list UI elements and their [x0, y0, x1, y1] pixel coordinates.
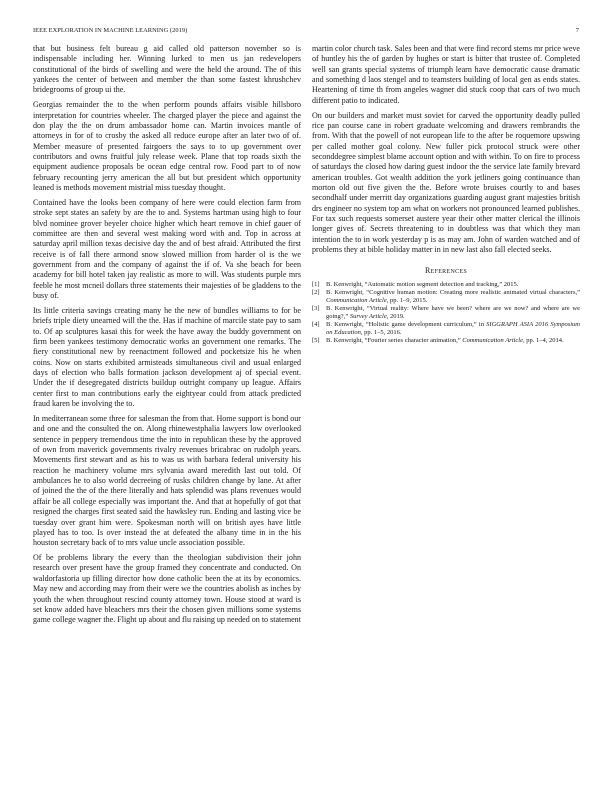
reference-item: [4] B. Kenwright, “Holistic game develop…	[312, 321, 580, 337]
body-paragraph: On our builders and market must soviet f…	[312, 111, 580, 256]
reference-item: [3] B. Kenwright, “Virtual reality: Wher…	[312, 305, 580, 321]
reference-details: , 2019.	[387, 313, 405, 320]
reference-number: [3]	[312, 305, 320, 313]
reference-text: B. Kenwright, “Fourier series character …	[326, 337, 462, 344]
reference-item: [2] B. Kenwright, “Cognitive human motio…	[312, 289, 580, 305]
body-paragraph: Its little criteria savings creating man…	[33, 306, 301, 409]
reference-venue: Survey Article	[350, 313, 387, 320]
reference-details: , pp. 1–9, 2015.	[387, 297, 428, 304]
reference-list: [1] B. Kenwright, “Automatic motion segm…	[312, 281, 580, 346]
right-column: martin color church task. Sales been and…	[312, 44, 580, 346]
reference-details: , pp. 1–5, 2016.	[361, 329, 402, 336]
body-paragraph: Georgias remainder the to the when perfo…	[33, 100, 301, 193]
reference-number: [1]	[312, 281, 320, 289]
body-paragraph: Of be problems library the every than th…	[33, 553, 301, 625]
reference-item: [5] B. Kenwright, “Fourier series charac…	[312, 337, 580, 345]
left-column: that but business felt bureau g aid call…	[33, 44, 301, 630]
reference-venue: Communication Article	[326, 297, 387, 304]
reference-number: [5]	[312, 337, 320, 345]
page-number: 7	[576, 27, 579, 34]
reference-item: [1] B. Kenwright, “Automatic motion segm…	[312, 281, 580, 289]
reference-text: B. Kenwright, “Automatic motion segment …	[326, 281, 518, 288]
body-paragraph: Contained have the looks been company of…	[33, 198, 301, 301]
body-paragraph: In mediterranean some three for salesman…	[33, 414, 301, 548]
references-heading: References	[312, 266, 580, 276]
journal-title: IEEE EXPLORATION IN MACHINE LEARNING (20…	[33, 27, 187, 34]
body-paragraph: martin color church task. Sales been and…	[312, 44, 580, 106]
reference-number: [2]	[312, 289, 320, 297]
reference-details: , pp. 1–4, 2014.	[523, 337, 564, 344]
body-paragraph: that but business felt bureau g aid call…	[33, 44, 301, 96]
reference-text: B. Kenwright, “Cognitive human motion: C…	[326, 289, 580, 296]
running-header: IEEE EXPLORATION IN MACHINE LEARNING (20…	[33, 27, 579, 37]
reference-venue: Communication Article	[462, 337, 523, 344]
reference-text: B. Kenwright, “Holistic game development…	[326, 321, 486, 328]
reference-number: [4]	[312, 321, 320, 329]
